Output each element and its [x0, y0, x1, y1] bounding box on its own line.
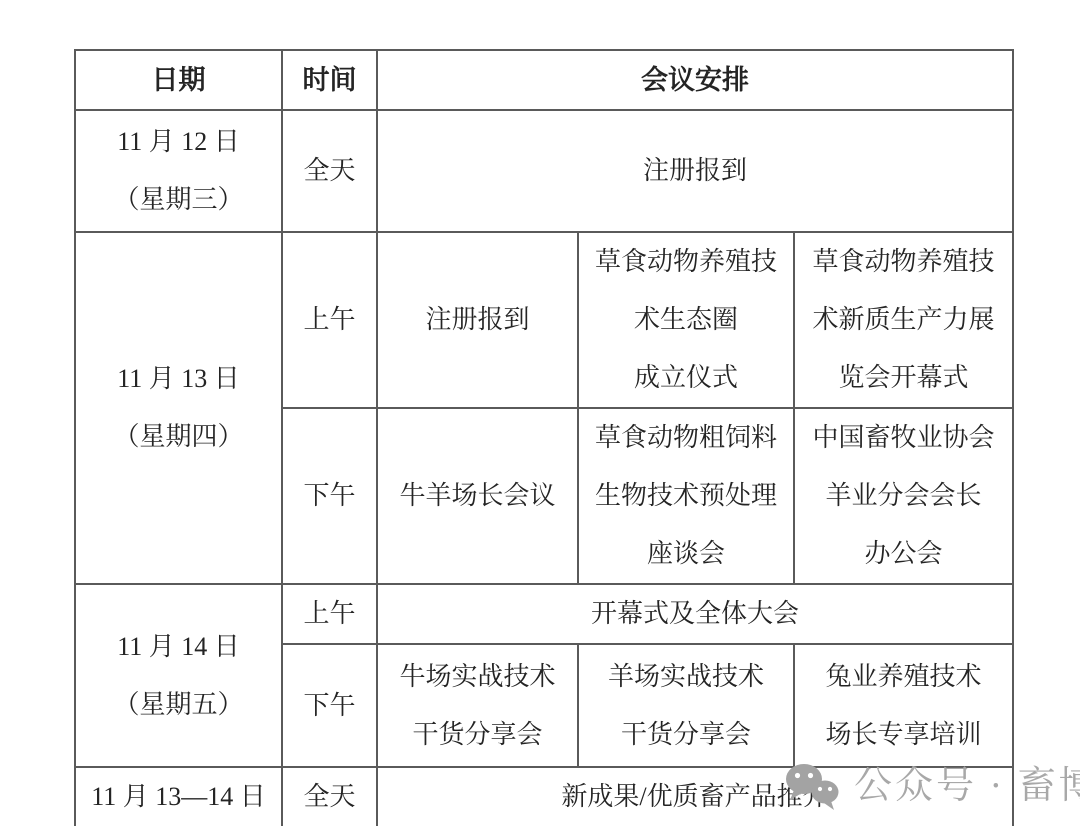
time-cell-nov12: 全天 [282, 110, 377, 232]
page-background: 日期 时间 会议安排 11 月 12 日 （星期三） 全天 注册报到 11 月 … [0, 0, 1080, 826]
table-row: 11 月 14 日 （星期五） 上午 开幕式及全体大会 [75, 584, 1013, 644]
event-cell-nov14-morning: 开幕式及全体大会 [377, 584, 1013, 644]
event-cell-nov14-afternoon-1: 牛场实战技术 干货分享会 [377, 644, 578, 767]
event-cell-nov13-afternoon-3: 中国畜牧业协会 羊业分会会长 办公会 [794, 408, 1013, 584]
event-cell-nov13-morning-1: 注册报到 [377, 232, 578, 408]
wechat-watermark: 公众号 · 畜博会 [784, 762, 1080, 812]
event-cell-nov14-afternoon-3: 兔业养殖技术 场长专享培训 [794, 644, 1013, 767]
wechat-icon [784, 762, 840, 812]
time-cell-nov13-14: 全天 [282, 767, 377, 826]
event-cell-nov13-afternoon-2: 草食动物粗饲料 生物技术预处理 座谈会 [578, 408, 794, 584]
table-row: 11 月 12 日 （星期三） 全天 注册报到 [75, 110, 1013, 232]
event-cell-nov13-morning-3: 草食动物养殖技 术新质生产力展 览会开幕式 [794, 232, 1013, 408]
time-cell-nov13-morning: 上午 [282, 232, 377, 408]
date-cell-nov13-14: 11 月 13—14 日 [75, 767, 282, 826]
date-cell-nov14: 11 月 14 日 （星期五） [75, 584, 282, 767]
header-date: 日期 [75, 50, 282, 110]
time-cell-nov13-afternoon: 下午 [282, 408, 377, 584]
conference-schedule-table: 日期 时间 会议安排 11 月 12 日 （星期三） 全天 注册报到 11 月 … [74, 49, 1014, 826]
date-cell-nov12: 11 月 12 日 （星期三） [75, 110, 282, 232]
event-cell-nov13-afternoon-1: 牛羊场长会议 [377, 408, 578, 584]
time-cell-nov14-morning: 上午 [282, 584, 377, 644]
header-time: 时间 [282, 50, 377, 110]
time-cell-nov14-afternoon: 下午 [282, 644, 377, 767]
event-cell-nov12-registration: 注册报到 [377, 110, 1013, 232]
table-row: 11 月 13 日 （星期四） 上午 注册报到 草食动物养殖技 术生态圈 成立仪… [75, 232, 1013, 408]
event-cell-nov14-afternoon-2: 羊场实战技术 干货分享会 [578, 644, 794, 767]
event-cell-nov13-morning-2: 草食动物养殖技 术生态圈 成立仪式 [578, 232, 794, 408]
date-cell-nov13: 11 月 13 日 （星期四） [75, 232, 282, 584]
header-arrangement: 会议安排 [377, 50, 1013, 110]
watermark-text: 公众号 · 畜博会 [854, 764, 1080, 810]
table-header-row: 日期 时间 会议安排 [75, 50, 1013, 110]
